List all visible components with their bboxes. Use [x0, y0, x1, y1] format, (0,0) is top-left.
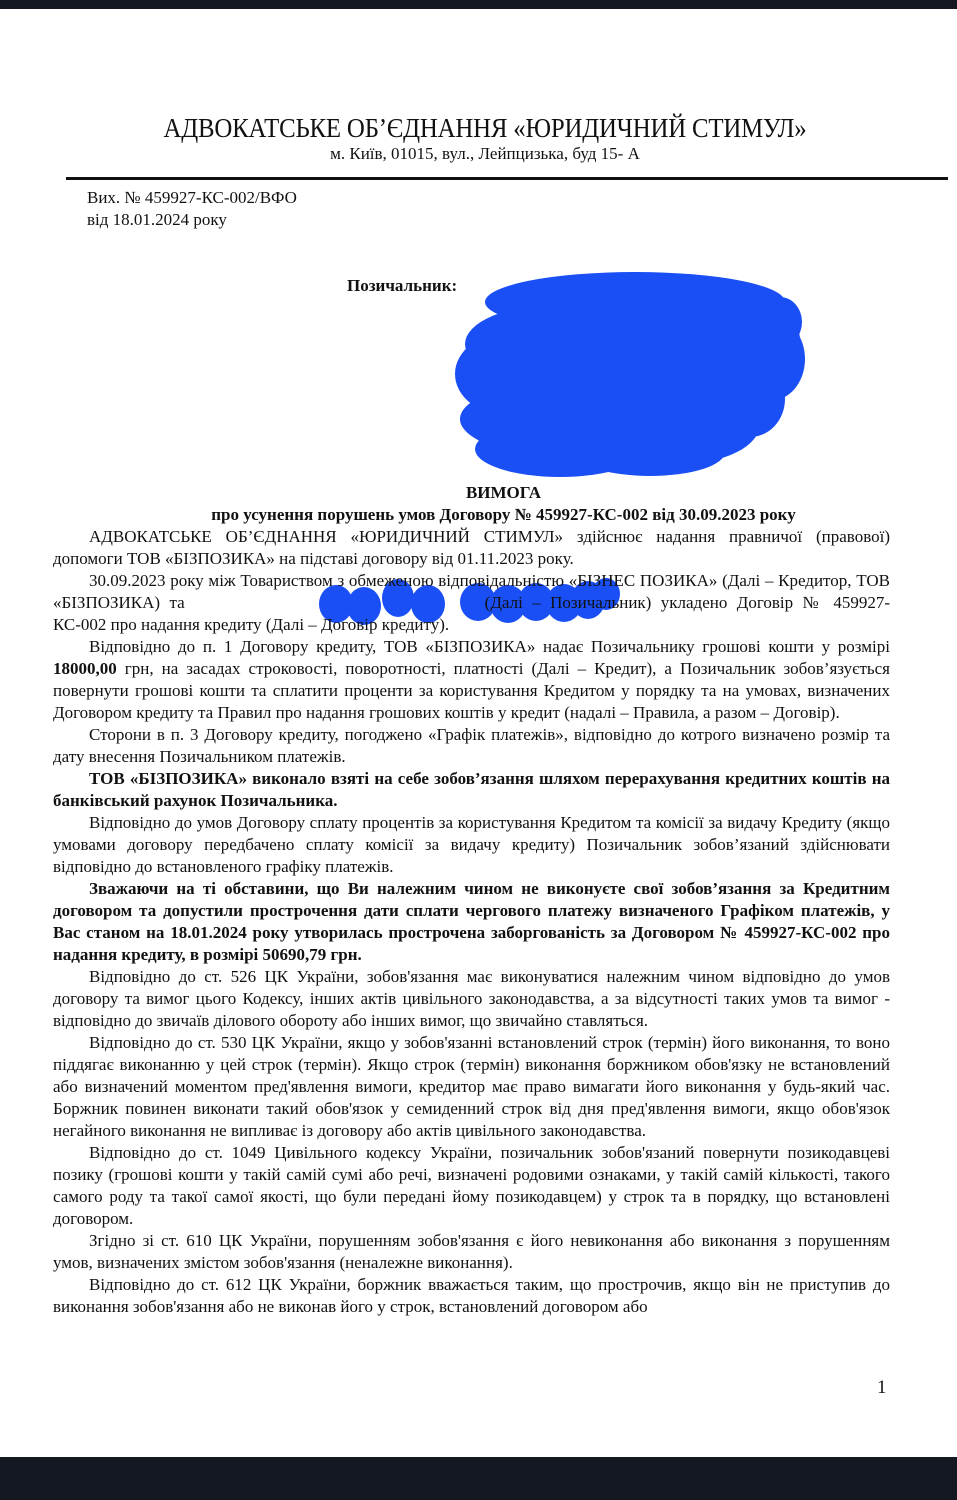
paragraph-bold: ТОВ «БІЗПОЗИКА» виконало взяті на себе з… — [53, 768, 890, 812]
paragraph: Відповідно до ст. 530 ЦК України, якщо у… — [53, 1032, 890, 1142]
organization-name: АДВОКАТСЬКЕ ОБ’ЄДНАННЯ «ЮРИДИЧНИЙ СТИМУЛ… — [39, 113, 931, 144]
top-system-bar — [0, 0, 957, 9]
borrower-label: Позичальник: — [347, 276, 457, 296]
paragraph-text: Відповідно до п. 1 Договору кредиту, ТОВ… — [89, 637, 890, 656]
outgoing-date: від 18.01.2024 року — [87, 209, 297, 231]
paragraph: Відповідно до ст. 526 ЦК України, зобов'… — [53, 966, 890, 1032]
bottom-system-bar — [0, 1457, 957, 1500]
page-number: 1 — [877, 1377, 887, 1399]
paragraph-debt-notice: Зважаючи на ті обставини, що Ви належним… — [53, 878, 890, 966]
document-page: АДВОКАТСЬКЕ ОБ’ЄДНАННЯ «ЮРИДИЧНИЙ СТИМУЛ… — [0, 9, 957, 1457]
paragraph: Відповідно до ст. 612 ЦК України, боржни… — [53, 1274, 890, 1318]
paragraph: Відповідно до умов Договору сплату проце… — [53, 812, 890, 878]
outgoing-number: Вих. № 459927-КС-002/ВФО — [87, 187, 297, 209]
paragraph: Відповідно до п. 1 Договору кредиту, ТОВ… — [53, 636, 890, 724]
paragraph: Згідно зі ст. 610 ЦК України, порушенням… — [53, 1230, 890, 1274]
document-subtitle: про усунення порушень умов Договору № 45… — [0, 505, 957, 525]
paragraph: Відповідно до ст. 1049 Цивільного кодекс… — [53, 1142, 890, 1230]
document-body: АДВОКАТСЬКЕ ОБ’ЄДНАННЯ «ЮРИДИЧНИЙ СТИМУЛ… — [53, 526, 890, 1318]
outgoing-reference: Вих. № 459927-КС-002/ВФО від 18.01.2024 … — [87, 187, 297, 231]
redaction-scribble — [450, 264, 810, 479]
paragraph: АДВОКАТСЬКЕ ОБ’ЄДНАННЯ «ЮРИДИЧНИЙ СТИМУЛ… — [53, 526, 890, 570]
header-divider — [66, 177, 948, 180]
organization-address: м. Київ, 01015, вул., Лейпцизька, буд 15… — [0, 144, 957, 164]
loan-amount: 18000,00 — [53, 659, 117, 678]
paragraph: Сторони в п. 3 Договору кредиту, погодже… — [53, 724, 890, 768]
paragraph: 30.09.2023 року між Товариством з обмеже… — [53, 570, 890, 636]
paragraph-text: грн, на засадах строковості, поворотност… — [53, 659, 890, 722]
document-title: ВИМОГА — [0, 483, 957, 503]
